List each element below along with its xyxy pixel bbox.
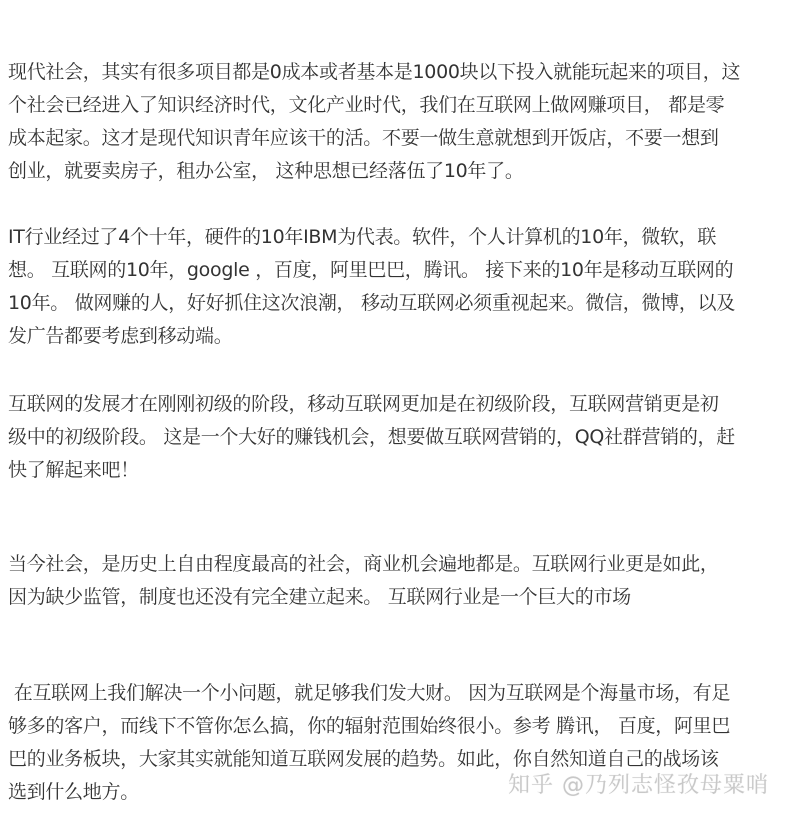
paragraph-2: IT行业经过了4个十年，硬件的10年IBM为代表。软件，个人计算机的10年，微软… xyxy=(8,221,784,353)
paragraph-line: 想。 互联网的10年，google ，百度，阿里巴巴，腾讯。 接下来的10年是移… xyxy=(8,254,784,287)
paragraph-1: 现代社会，其实有很多项目都是0成本或者基本是1000块以下投入就能玩起来的项目，… xyxy=(8,56,784,188)
paragraph-3: 互联网的发展才在刚刚初级的阶段，移动互联网更加是在初级阶段，互联网营销更是初 级… xyxy=(8,388,784,487)
paragraph-line: 现代社会，其实有很多项目都是0成本或者基本是1000块以下投入就能玩起来的项目，… xyxy=(8,56,784,89)
paragraph-line: 个社会已经进入了知识经济时代，文化产业时代，我们在互联网上做网赚项目， 都是零 xyxy=(8,89,784,122)
paragraph-line: 快了解起来吧！ xyxy=(8,454,784,487)
paragraph-line: 创业，就要卖房子，租办公室， 这种思想已经落伍了10年了。 xyxy=(8,155,784,188)
paragraph-line: 互联网的发展才在刚刚初级的阶段，移动互联网更加是在初级阶段，互联网营销更是初 xyxy=(8,388,784,421)
paragraph-line: 10年。 做网赚的人，好好抓住这次浪潮， 移动互联网必须重视起来。微信，微博，以… xyxy=(8,287,784,320)
paragraph-4: 当今社会，是历史上自由程度最高的社会，商业机会遍地都是。互联网行业更是如此， 因… xyxy=(8,548,784,614)
paragraph-line: 级中的初级阶段。 这是一个大好的赚钱机会，想要做互联网营销的，QQ社群营销的，赶 xyxy=(8,421,784,454)
paragraph-line: 成本起家。这才是现代知识青年应该干的活。不要一做生意就想到开饭店，不要一想到 xyxy=(8,122,784,155)
paragraph-line: 够多的客户，而线下不管你怎么搞，你的辐射范围始终很小。参考 腾讯， 百度，阿里巴 xyxy=(8,710,784,743)
paragraph-line: 在互联网上我们解决一个小问题，就足够我们发大财。 因为互联网是个海量市场，有足 xyxy=(8,677,784,710)
paragraph-line: 发广告都要考虑到移动端。 xyxy=(8,320,784,353)
paragraph-line: 因为缺少监管，制度也还没有完全建立起来。 互联网行业是一个巨大的市场 xyxy=(8,581,784,614)
zhihu-watermark: 知乎 @乃列志怪孜母粟哨 xyxy=(508,768,769,799)
paragraph-line: IT行业经过了4个十年，硬件的10年IBM为代表。软件，个人计算机的10年，微软… xyxy=(8,221,784,254)
paragraph-line: 当今社会，是历史上自由程度最高的社会，商业机会遍地都是。互联网行业更是如此， xyxy=(8,548,784,581)
